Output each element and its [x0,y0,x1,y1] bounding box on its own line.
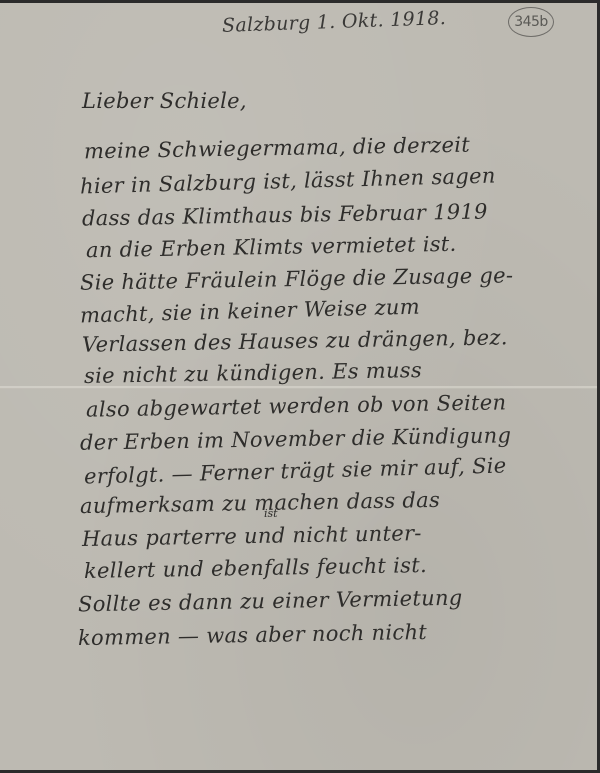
letter-line: kommen — was aber noch nicht [78,620,427,650]
letter-line: Sie hätte Fräulein Flöge die Zusage ge- [80,263,514,295]
letter-line: sie nicht zu kündigen. Es muss [84,358,422,388]
letter-line: der Erben im November die Kündigung [80,423,512,455]
letter-line: dass das Klimthaus bis Februar 1919 [82,199,488,230]
interlinear-insertion: ist [264,507,278,520]
letter-line: hier in Salzburg ist, lässt Ihnen sagen [80,164,496,199]
place-date-header: Salzburg 1. Okt. 1918. [222,7,447,37]
letter-line: erfolgt. — Ferner trägt sie mir auf, Sie [84,453,507,488]
letter-line: an die Erben Klimts vermietet ist. [86,232,457,262]
letter-line: meine Schwiegermama, die derzeit [84,133,470,164]
letter-line: Haus parterre und nicht unter- [82,521,422,551]
letter-line: macht, sie in keiner Weise zum [80,295,420,328]
letter-line: aufmerksam zu machen dass das [80,488,440,518]
salutation: Lieber Schiele, [82,89,247,113]
letter-line: Verlassen des Hauses zu drängen, bez. [82,325,508,356]
letter-line: also abgewartet werden ob von Seiten [86,390,507,421]
letter-page: Salzburg 1. Okt. 1918. 345b Lieber Schie… [0,3,597,770]
letter-line: kellert und ebenfalls feucht ist. [84,553,427,583]
letter-line: Sollte es dann zu einer Vermietung [78,586,463,617]
archive-number-stamp: 345b [508,7,554,37]
